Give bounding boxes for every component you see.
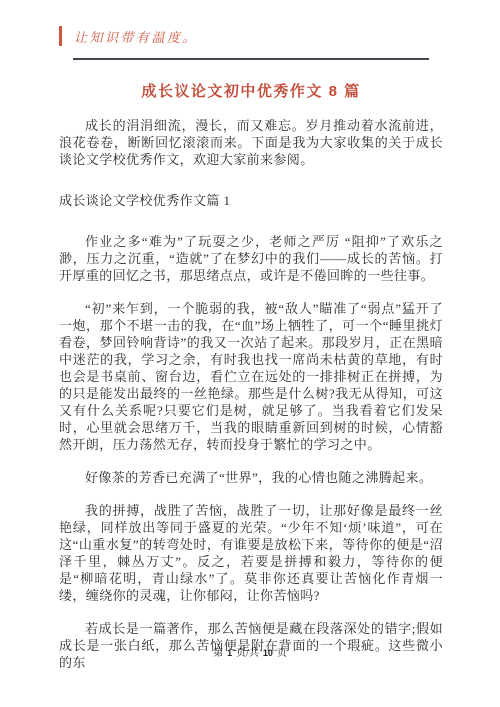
section-heading: 成长谈论文学校优秀作文篇 1 xyxy=(59,192,443,209)
document-body: 成长的涓涓细流，漫长，而又难忘。岁月推动着水流前进，浪花卷卷，断断回忆滚滚而来。… xyxy=(59,117,443,671)
footer-label-prefix: 第 xyxy=(213,644,223,659)
header-divider xyxy=(73,58,429,60)
total-pages-number: 10 xyxy=(263,648,273,658)
body-paragraph: 好像茶的芳香已充满了“世界”，我的心情也随之沸腾起来。 xyxy=(59,469,443,486)
body-paragraph: 作业之多“难为”了玩耍之少，老师之严厉 “阻抑”了欢乐之渺，压力之沉重，“造就”… xyxy=(59,233,443,284)
body-paragraph: 成长的涓涓细流，漫长，而又难忘。岁月推动着水流前进，浪花卷卷，断断回忆滚滚而来。… xyxy=(59,117,443,168)
body-paragraph: “初”来乍到，一个脆弱的我，被“敌人”瞄准了“弱点”猛开了一炮，那个不堪一击的我… xyxy=(59,300,443,453)
document-page: 让知识带有温度。 成长议论文初中优秀作文 8 篇 成长的涓涓细流，漫长，而又难忘… xyxy=(0,0,500,707)
header-slogan-row: 让知识带有温度。 xyxy=(59,26,443,46)
footer-label-suffix: 页 xyxy=(277,644,287,659)
page-title: 成长议论文初中优秀作文 8 篇 xyxy=(59,80,443,101)
body-paragraph: 我的拼搏，战胜了苦恼，战胜了一切，让那好像是最终一丝艳绿，同样放出等同于盛夏的光… xyxy=(59,502,443,604)
footer-label-middle: 页/共 xyxy=(236,644,259,659)
header-slogan: 让知识带有温度。 xyxy=(74,27,198,46)
current-page-number: 1 xyxy=(227,648,232,658)
slogan-accent-bar xyxy=(59,26,62,46)
page-footer: 第 1 页/共 10 页 xyxy=(0,644,500,659)
